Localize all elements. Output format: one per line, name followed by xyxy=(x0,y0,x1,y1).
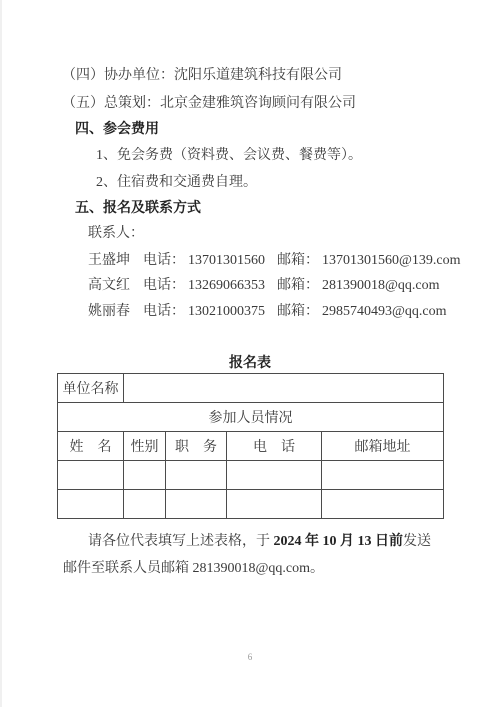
table-row-column-headers: 姓 名 性别 职 务 电 话 邮箱地址 xyxy=(58,432,444,461)
phone-label: 电话： xyxy=(143,278,185,293)
contact-row: 王盛坤电话：13701301560邮箱：13701301560@139.com xyxy=(88,252,461,269)
footer-note-pre: 请各位代表填写上述表格，于 xyxy=(88,534,274,549)
table-row-empty xyxy=(58,490,444,519)
empty-cell xyxy=(166,461,227,490)
deadline-date: 2024 年 10 月 13 日前 xyxy=(274,534,404,549)
empty-cell xyxy=(227,461,322,490)
column-header-email: 邮箱地址 xyxy=(322,432,444,461)
column-header-name: 姓 名 xyxy=(58,432,124,461)
page-number: 6 xyxy=(0,652,500,662)
footer-note-line-2: 邮件至联系人员邮箱 281390018@qq.com。 xyxy=(63,560,324,577)
contact-row: 姚丽春电话：13021000375邮箱：2985740493@qq.com xyxy=(88,303,447,320)
empty-cell xyxy=(124,490,166,519)
column-header-gender: 性别 xyxy=(124,432,166,461)
table-row-unit: 单位名称 xyxy=(58,374,444,403)
email-label: 邮箱： xyxy=(277,304,319,319)
form-table-title: 报名表 xyxy=(0,352,500,372)
section-heading-registration: 五、报名及联系方式 xyxy=(75,200,201,217)
registration-form-table: 单位名称 参加人员情况 姓 名 性别 职 务 电 话 邮箱地址 xyxy=(57,373,444,519)
phone-number: 13021000375 xyxy=(188,304,265,319)
section-heading-fees: 四、参会费用 xyxy=(75,121,159,138)
contacts-label: 联系人： xyxy=(88,225,144,242)
phone-label: 电话： xyxy=(143,304,185,319)
column-header-position: 职 务 xyxy=(166,432,227,461)
empty-cell xyxy=(322,461,444,490)
email-address: 13701301560@139.com xyxy=(322,253,461,268)
email-address: 281390018@qq.com xyxy=(322,278,440,293)
empty-cell xyxy=(58,490,124,519)
contact-name: 王盛坤 xyxy=(88,253,130,268)
email-address: 2985740493@qq.com xyxy=(322,304,447,319)
footer-note-line-1: 请各位代表填写上述表格，于 2024 年 10 月 13 日前发送 xyxy=(88,533,431,550)
contact-name: 姚丽春 xyxy=(88,304,130,319)
phone-label: 电话： xyxy=(143,253,185,268)
email-label: 邮箱： xyxy=(277,253,319,268)
footer-note-post: 发送 xyxy=(403,534,431,549)
empty-cell xyxy=(227,490,322,519)
table-row-group-header: 参加人员情况 xyxy=(58,403,444,432)
empty-cell xyxy=(322,490,444,519)
group-header-cell: 参加人员情况 xyxy=(58,403,444,432)
empty-cell xyxy=(166,490,227,519)
chief-planner-line: （五）总策划：北京金建雅筑咨询顾问有限公司 xyxy=(62,95,356,112)
phone-number: 13701301560 xyxy=(188,253,265,268)
empty-cell xyxy=(58,461,124,490)
fee-item-2: 2、住宿费和交通费自理。 xyxy=(96,174,257,191)
unit-name-value-cell xyxy=(124,374,444,403)
document-page: （四）协办单位：沈阳乐道建筑科技有限公司 （五）总策划：北京金建雅筑咨询顾问有限… xyxy=(0,0,500,707)
column-header-phone: 电 话 xyxy=(227,432,322,461)
unit-name-label: 单位名称 xyxy=(58,374,124,403)
table-row-empty xyxy=(58,461,444,490)
email-label: 邮箱： xyxy=(277,278,319,293)
contact-name: 高文红 xyxy=(88,278,130,293)
co-organizer-line: （四）协办单位：沈阳乐道建筑科技有限公司 xyxy=(62,67,342,84)
empty-cell xyxy=(124,461,166,490)
contact-row: 高文红电话：13269066353邮箱：281390018@qq.com xyxy=(88,277,440,294)
fee-item-1: 1、免会务费（资料费、会议费、餐费等）。 xyxy=(96,147,362,164)
phone-number: 13269066353 xyxy=(188,278,265,293)
